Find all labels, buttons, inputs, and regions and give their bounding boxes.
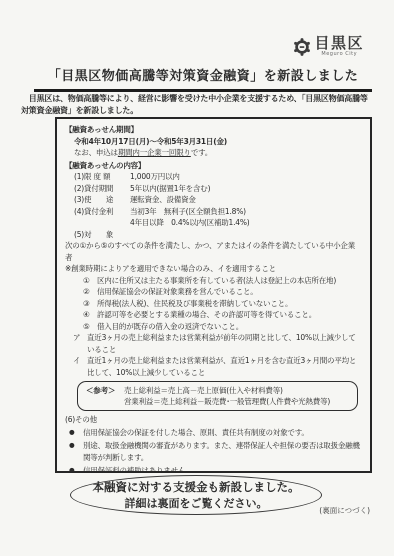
document-page: 目黒区 Meguro City 「目黒区物価高騰等対策資金融資」を新設しました … <box>0 0 394 556</box>
term-value: 運転資金、設備資金 <box>130 194 362 206</box>
condition-text: 直近1ヶ月の売上総利益または営業利益が、直近1ヶ月を含む直近3ヶ月間の平均と比し… <box>87 355 362 378</box>
term-row-limit: (1)限 度 額 1,000万円以内 <box>74 171 362 183</box>
condition-marker: ④ <box>83 309 97 321</box>
reference-label: ＜参考＞ <box>86 385 124 396</box>
continue-on-back-note: (裏面につづく) <box>319 505 370 516</box>
condition-text: 所得税(法人税)、住民税及び事業税を滞納していないこと。 <box>97 298 362 310</box>
other-note-item: ● 別途、取扱金融機関の審査があります。また、連帯保証人や担保の要否は取扱金融機… <box>69 440 362 463</box>
meguro-city-logo: 目黒区 Meguro City <box>293 36 364 57</box>
logo-city-name-en: Meguro City <box>321 52 357 57</box>
reference-label-spacer <box>86 396 124 407</box>
bullet-icon: ● <box>69 440 83 463</box>
meguro-emblem-icon <box>293 38 311 56</box>
content-section-heading: 【融資あっせんの内容】 <box>65 160 362 172</box>
condition-text: 許認可等を必要とする業種の場合、その許認可等を得ていること。 <box>97 309 362 321</box>
condition-text: 信用保証協会の保証対象業務を営んでいること。 <box>97 286 362 298</box>
period-value: 令和4年10月17日(月)～令和5年3月31日(金) <box>74 136 362 148</box>
term-label <box>74 217 130 229</box>
condition-marker: ② <box>83 286 97 298</box>
target-intro: 次の①から⑤のすべての条件を満たし、かつ、アまたはイの条件を満たしている中小企業… <box>65 240 362 263</box>
term-row-use: (3)使 途 運転資金、設備資金 <box>74 194 362 206</box>
reference-formula-gross: 売上総利益＝売上高－売上原価(仕入や材料費等) <box>124 385 351 396</box>
target-note: ※創業時期によりアを適用できない場合のみ、イを適用すること <box>65 263 362 275</box>
condition-item-a: ア 直近3ヶ月の売上総利益または営業利益が前年の同期と比して、10%以上減少して… <box>73 332 362 355</box>
logo-city-name: 目黒区 <box>314 36 364 51</box>
period-note-underlined: 期間内一企業一回限り <box>118 148 191 157</box>
support-callout-oval: 本融資に対する支援金も新設しました。 詳細は裏面をご覧ください。 <box>70 475 322 515</box>
condition-marker: ① <box>83 275 97 287</box>
condition-item: ④ 許認可等を必要とする業種の場合、その許認可等を得ていること。 <box>83 309 362 321</box>
term-value: 当初3年 無利子(区全額負担1.8%) <box>130 206 362 218</box>
intro-paragraph: 目黒区は、物価高騰等により、経営に影響を受けた中小企業を支援するため、「目黒区物… <box>21 93 375 116</box>
condition-item: ⑤ 借入目的が既存の借入金の返済でないこと。 <box>83 321 362 333</box>
term-label: (2)貸付期間 <box>74 183 130 195</box>
support-callout-line-2: 詳細は裏面をご覧ください。 <box>125 496 268 512</box>
condition-marker: ⑤ <box>83 321 97 333</box>
condition-text: 区内に住所又は主たる事業所を有している者(法人は登記上の本店所在地) <box>97 275 362 287</box>
term-value <box>130 229 362 241</box>
reference-line-2: 営業利益＝売上総利益－販売費･一般管理費(人件費や光熱費等) <box>86 396 351 407</box>
condition-text: 直近3ヶ月の売上総利益または営業利益が前年の同期と比して、10%以上減少している… <box>87 332 362 355</box>
bullet-icon: ● <box>69 465 83 474</box>
condition-marker: イ <box>73 355 87 378</box>
loan-info-box: 【融資あっせん期間】 令和4年10月17日(月)～令和5年3月31日(金) なお… <box>55 117 372 473</box>
period-note: なお、申込は期間内一企業一回限りです。 <box>74 147 362 159</box>
term-row-interest: (4)貸付金利 当初3年 無利子(区全額負担1.8%) <box>74 206 362 218</box>
condition-item-i: イ 直近1ヶ月の売上総利益または営業利益が、直近1ヶ月を含む直近3ヶ月間の平均と… <box>73 355 362 378</box>
condition-text: 借入目的が既存の借入金の返済でないこと。 <box>97 321 362 333</box>
condition-item: ① 区内に住所又は主たる事業所を有している者(法人は登記上の本店所在地) <box>83 275 362 287</box>
term-label: (5)対 象 <box>74 229 130 241</box>
term-label: (1)限 度 額 <box>74 171 130 183</box>
term-value: 5年以内(据置1年を含む) <box>130 183 362 195</box>
period-section-heading: 【融資あっせん期間】 <box>65 124 362 136</box>
term-value: 1,000万円以内 <box>130 171 362 183</box>
others-heading: (6)その他 <box>65 414 362 426</box>
condition-item: ② 信用保証協会の保証対象業務を営んでいること。 <box>83 286 362 298</box>
condition-item: ③ 所得税(法人税)、住民税及び事業税を滞納していないこと。 <box>83 298 362 310</box>
other-note-text: 信用保証料の補助はありません。 <box>83 465 362 474</box>
other-note-item: ● 信用保証協会の保証を付した場合、原則、責任共有制度の対象です。 <box>69 427 362 439</box>
other-note-text: 信用保証協会の保証を付した場合、原則、責任共有制度の対象です。 <box>83 427 362 439</box>
other-note-text: 別途、取扱金融機関の審査があります。また、連帯保証人や担保の要否は取扱金融機関等… <box>83 440 362 463</box>
term-label: (3)使 途 <box>74 194 130 206</box>
page-title: 「目黒区物価高騰等対策資金融資」を新設しました <box>34 65 372 92</box>
other-note-item: ● 信用保証料の補助はありません。 <box>69 465 362 474</box>
support-callout-line-1: 本融資に対する支援金も新設しました。 <box>93 479 300 496</box>
period-note-prefix: なお、申込は <box>74 148 118 157</box>
term-value: 4年目以降 0.4%以内(区補助1.4%) <box>130 217 362 229</box>
bullet-icon: ● <box>69 427 83 439</box>
period-note-suffix: です。 <box>191 148 212 157</box>
reference-line-1: ＜参考＞ 売上総利益＝売上高－売上原価(仕入や材料費等) <box>86 385 351 396</box>
term-row-period: (2)貸付期間 5年以内(据置1年を含む) <box>74 183 362 195</box>
condition-marker: ③ <box>83 298 97 310</box>
term-label: (4)貸付金利 <box>74 206 130 218</box>
reference-box: ＜参考＞ 売上総利益＝売上高－売上原価(仕入や材料費等) 営業利益＝売上総利益－… <box>77 381 358 411</box>
condition-marker: ア <box>73 332 87 355</box>
term-row-target: (5)対 象 <box>74 229 362 241</box>
term-row-interest-2: 4年目以降 0.4%以内(区補助1.4%) <box>74 217 362 229</box>
reference-formula-operating: 営業利益＝売上総利益－販売費･一般管理費(人件費や光熱費等) <box>124 396 351 407</box>
